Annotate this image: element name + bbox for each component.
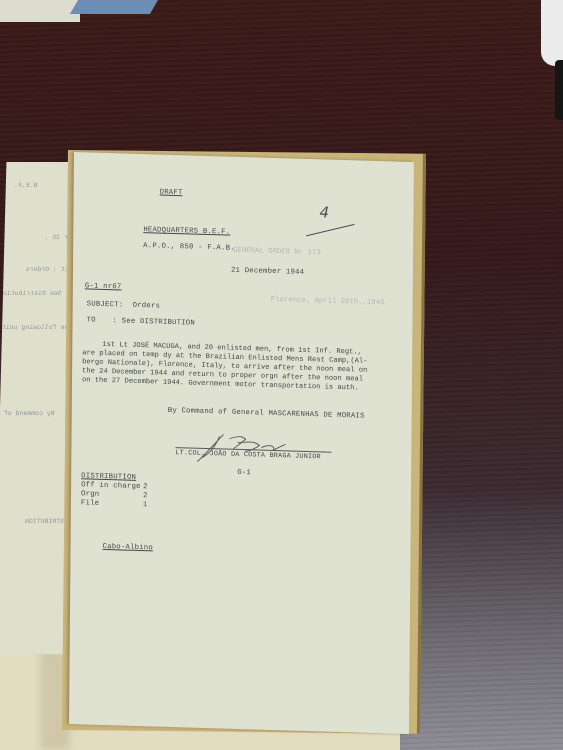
header-line-1: HEADQUARTERS B.E.F. [143,226,230,237]
distribution-row-label: File [81,499,99,508]
draft-label: DRAFT [160,189,183,198]
distribution-row-count: 1 [143,501,148,509]
left-fragment: B.E.F. [14,182,38,189]
distribution-row-count: 2 [143,483,148,491]
to-label: TO [86,316,95,324]
reference-number: G-1 nr67 [85,282,122,291]
header-line-2: A.P.O., 850 - F.A.B. [143,242,235,253]
background-blue-folder [70,0,158,14]
distribution-title: DISTRIBUTION [81,472,136,482]
bleed-text: GENERAL ORDER Nr 173 [233,247,321,258]
signatory-title: G-1 [237,469,251,477]
document-page: DRAFT 4 HEADQUARTERS B.E.F. A.P.O., 850 … [69,152,414,734]
distribution-row-count: 2 [143,492,148,500]
background-paper-corner [0,0,80,22]
to-value: : See DISTRIBUTION [112,317,194,327]
distribution-row-label: Orgn [81,490,99,499]
dark-object [555,60,563,120]
subject-value: Orders [133,302,161,311]
page-number-annotation: 4 [319,203,329,221]
left-fragment: By command of [4,410,55,417]
document-date: 21 December 1944 [231,267,304,277]
gloved-hand [541,0,563,66]
pencil-mark [306,224,355,236]
footer-initials: Cabo-Albino [103,543,153,552]
bleed-text: Florence, April 26th.,1945. [271,296,389,308]
command-line: By Command of General MASCARENHAS DE MOR… [168,407,365,421]
subject-label: SUBJECT: [87,300,124,309]
